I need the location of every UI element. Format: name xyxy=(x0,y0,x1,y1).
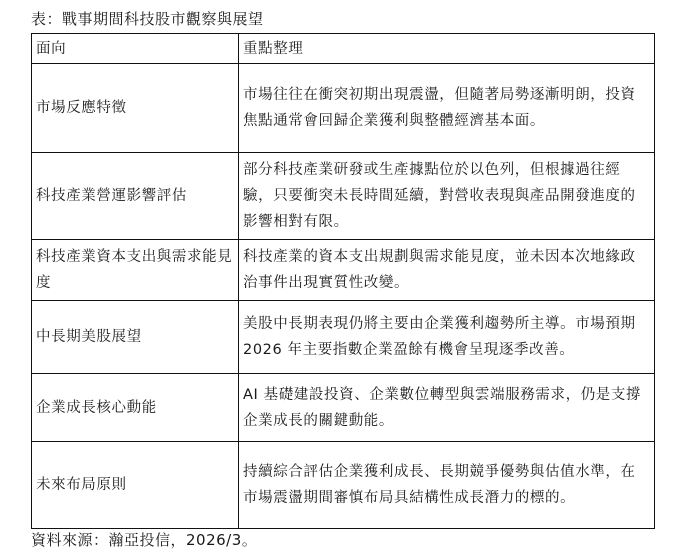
cell-summary: 市場往往在衝突初期出現震盪，但隨著局勢逐漸明朗，投資焦點通常會回歸企業獲利與整體… xyxy=(239,64,655,153)
table-row: 市場反應特徵 市場往往在衝突初期出現震盪，但隨著局勢逐漸明朗，投資焦點通常會回歸… xyxy=(32,64,655,153)
cell-aspect: 中長期美股展望 xyxy=(32,301,239,374)
header-aspect: 面向 xyxy=(32,34,239,64)
cell-aspect: 企業成長核心動能 xyxy=(32,374,239,442)
table-header-row: 面向 重點整理 xyxy=(32,34,655,64)
cell-summary: 持續綜合評估企業獲利成長、長期競爭優勢與估值水準，在市場震盪期間審慎布局具結構性… xyxy=(239,442,655,529)
cell-summary: 部分科技產業研發或生產據點位於以色列，但根據過往經驗，只要衝突未長時間延續，對營… xyxy=(239,153,655,240)
source-note: 資料來源：瀚亞投信，2026/3。 xyxy=(31,530,257,550)
header-summary: 重點整理 xyxy=(239,34,655,64)
table-row: 科技產業營運影響評估 部分科技產業研發或生產據點位於以色列，但根據過往經驗，只要… xyxy=(32,153,655,240)
cell-aspect: 科技產業資本支出與需求能見度 xyxy=(32,240,239,301)
cell-summary: 科技產業的資本支出規劃與需求能見度，並未因本次地緣政治事件出現實質性改變。 xyxy=(239,240,655,301)
table-row: 未來布局原則 持續綜合評估企業獲利成長、長期競爭優勢與估值水準，在市場震盪期間審… xyxy=(32,442,655,529)
table-row: 企業成長核心動能 AI 基礎建設投資、企業數位轉型與雲端服務需求，仍是支撐企業成… xyxy=(32,374,655,442)
market-outlook-table: 面向 重點整理 市場反應特徵 市場往往在衝突初期出現震盪，但隨著局勢逐漸明朗，投… xyxy=(31,33,655,529)
table-caption: 表：戰事期間科技股市觀察與展望 xyxy=(31,9,264,29)
table-row: 中長期美股展望 美股中長期表現仍將主要由企業獲利趨勢所主導。市場預期 2026 … xyxy=(32,301,655,374)
cell-aspect: 市場反應特徵 xyxy=(32,64,239,153)
table-row: 科技產業資本支出與需求能見度 科技產業的資本支出規劃與需求能見度，並未因本次地緣… xyxy=(32,240,655,301)
cell-aspect: 科技產業營運影響評估 xyxy=(32,153,239,240)
cell-aspect: 未來布局原則 xyxy=(32,442,239,529)
cell-summary: AI 基礎建設投資、企業數位轉型與雲端服務需求，仍是支撐企業成長的關鍵動能。 xyxy=(239,374,655,442)
cell-summary: 美股中長期表現仍將主要由企業獲利趨勢所主導。市場預期 2026 年主要指數企業盈… xyxy=(239,301,655,374)
